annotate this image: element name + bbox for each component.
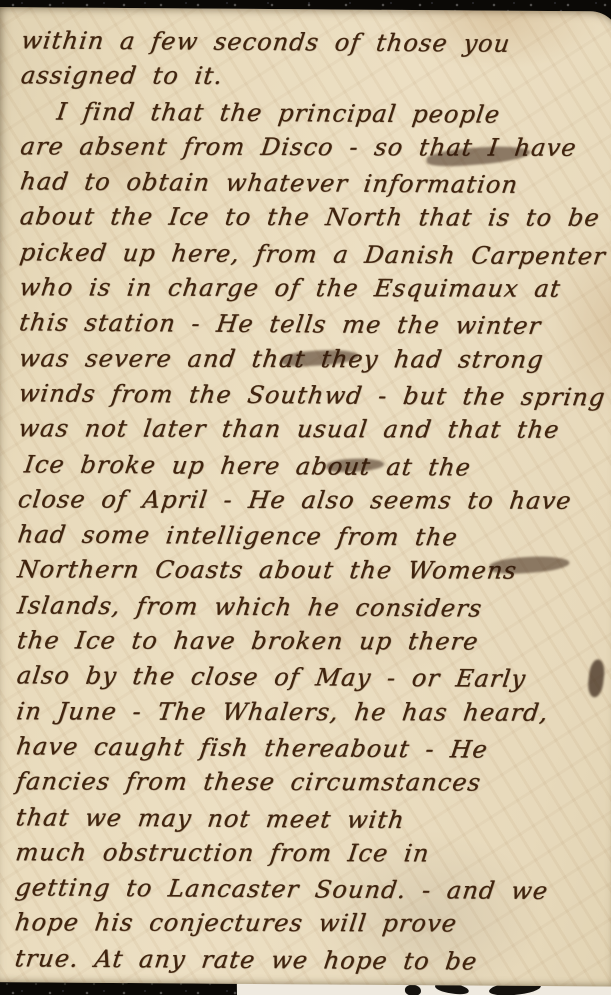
letter-line: had some intelligence from the: [16, 517, 611, 556]
letter-line: close of April - He also seems to have: [16, 482, 611, 519]
letter-line: that we may not meet with: [14, 800, 611, 839]
letter-line: winds from the Southwd - but the spring: [17, 376, 611, 415]
letter-line: picked up here, from a Danish Carpenter: [18, 235, 611, 274]
letter-line: fancies from these circumstances: [14, 765, 611, 802]
letter-line: Islands, from which he considers: [15, 588, 611, 627]
letter-line: who is in charge of the Esquimaux at: [17, 270, 611, 307]
letter-line: much obstruction from Ice in: [13, 835, 611, 872]
letter-text-block: within a few seconds of those you assign…: [13, 23, 611, 980]
letter-line: in June - The Whalers, he has heard,: [14, 694, 611, 731]
letter-line: also by the close of May - or Early: [15, 659, 611, 698]
letter-line: hope his conjectures will prove: [13, 906, 611, 943]
under-page-ink-mark: [405, 985, 421, 995]
letter-line: assigned to it.: [19, 59, 611, 96]
letter-line: about the Ice to the North that is to be: [18, 200, 611, 237]
letter-line: Ice broke up here about at the: [22, 447, 611, 486]
letter-line: getting to Lancaster Sound. - and we: [13, 870, 611, 909]
letter-line: the Ice to have broken up there: [15, 623, 611, 660]
letter-line: within a few seconds of those you: [19, 23, 611, 62]
letter-page: within a few seconds of those you assign…: [0, 7, 611, 986]
letter-line: had to obtain whatever information: [18, 164, 611, 203]
letter-line: was not later than usual and that the: [16, 412, 611, 449]
letter-line: this station - He tells me the winter: [17, 306, 611, 345]
letter-line: true. At any rate we hope to be: [13, 941, 611, 980]
letter-line: have caught fish thereabout - He: [14, 729, 611, 768]
letter-line: I find that the principal people: [55, 94, 611, 133]
manuscript-photo: within a few seconds of those you assign…: [0, 0, 611, 995]
